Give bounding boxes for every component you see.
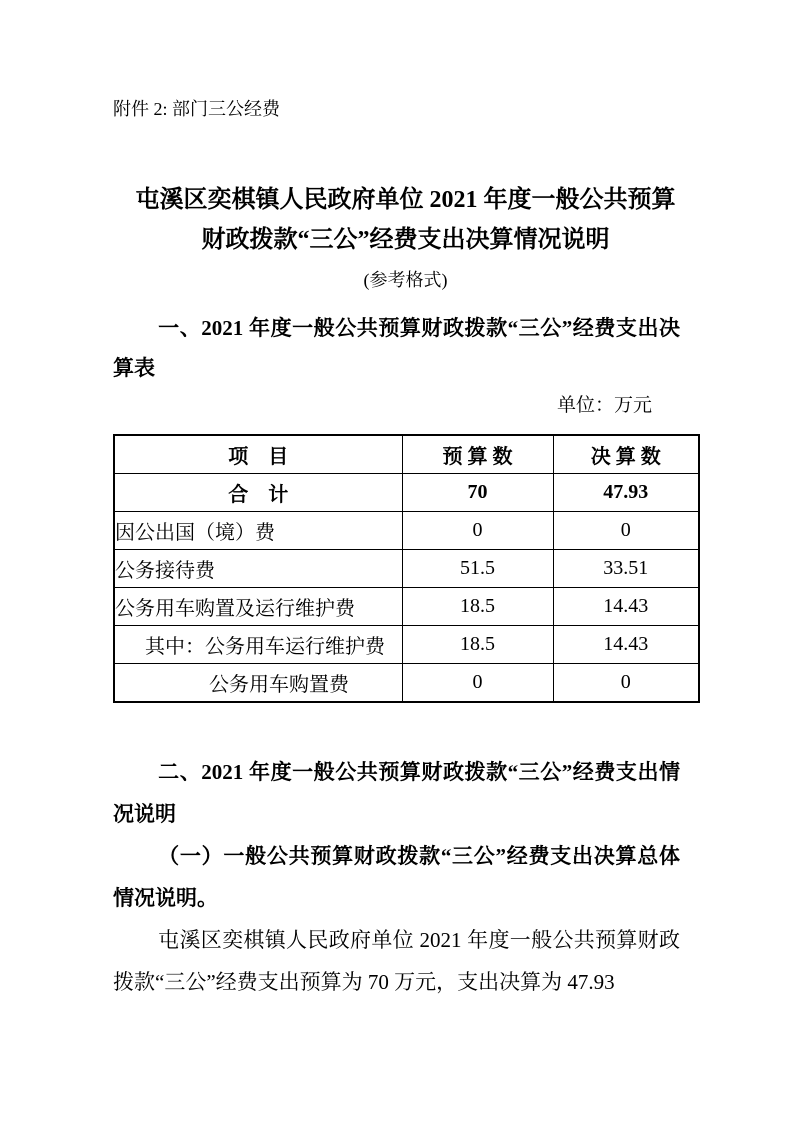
column-header-budget: 预 算 数 [402, 435, 553, 474]
budget-value: 18.5 [402, 626, 553, 664]
table-row-vehicle-purchase-fee: 公务用车购置费 0 0 [114, 664, 699, 703]
section-1-heading: 一、2021 年度一般公共预算财政拨款“三公”经费支出决算表 [113, 308, 680, 388]
table-row-abroad-fee: 因公出国（境）费 0 0 [114, 512, 699, 550]
title-line-1: 屯溪区奕棋镇人民政府单位 2021 年度一般公共预算 [113, 180, 698, 220]
budget-value: 0 [402, 664, 553, 703]
final-value: 14.43 [553, 626, 699, 664]
row-label: 公务用车购置费 [114, 664, 402, 703]
final-value: 0 [553, 664, 699, 703]
budget-value: 70 [402, 474, 553, 512]
final-value: 47.93 [553, 474, 699, 512]
final-value: 33.51 [553, 550, 699, 588]
final-value: 14.43 [553, 588, 699, 626]
format-note: (参考格式) [113, 268, 698, 292]
budget-value: 0 [402, 512, 553, 550]
unit-label: 单位：万元 [113, 392, 698, 420]
document-page: 附件 2: 部门三公经费 屯溪区奕棋镇人民政府单位 2021 年度一般公共预算 … [113, 0, 698, 1003]
table-row-total: 合 计 70 47.93 [114, 474, 699, 512]
final-value: 0 [553, 512, 699, 550]
row-label: 其中：公务用车运行维护费 [114, 626, 402, 664]
subsection-1-heading: （一）一般公共预算财政拨款“三公”经费支出决算总体情况说明。 [113, 835, 680, 919]
section-2-heading: 二、2021 年度一般公共预算财政拨款“三公”经费支出情况说明 [113, 751, 680, 835]
column-header-final: 决 算 数 [553, 435, 699, 474]
summary-paragraph: 屯溪区奕棋镇人民政府单位 2021 年度一般公共预算财政拨款“三公”经费支出预算… [113, 919, 680, 1003]
row-label: 合 计 [114, 474, 402, 512]
table-row-reception-fee: 公务接待费 51.5 33.51 [114, 550, 699, 588]
table-row-vehicle-operation-fee: 其中：公务用车运行维护费 18.5 14.43 [114, 626, 699, 664]
row-label: 因公出国（境）费 [114, 512, 402, 550]
column-header-item: 项 目 [114, 435, 402, 474]
table-row-vehicle-total-fee: 公务用车购置及运行维护费 18.5 14.43 [114, 588, 699, 626]
budget-value: 18.5 [402, 588, 553, 626]
three-public-expenses-table: 项 目 预 算 数 决 算 数 合 计 70 47.93 因公出国（境）费 0 … [113, 434, 700, 703]
title-line-2: 财政拨款“三公”经费支出决算情况说明 [113, 220, 698, 260]
document-title: 屯溪区奕棋镇人民政府单位 2021 年度一般公共预算 财政拨款“三公”经费支出决… [113, 180, 698, 260]
attachment-label: 附件 2: 部门三公经费 [113, 96, 698, 122]
row-label: 公务接待费 [114, 550, 402, 588]
table-header-row: 项 目 预 算 数 决 算 数 [114, 435, 699, 474]
budget-value: 51.5 [402, 550, 553, 588]
row-label: 公务用车购置及运行维护费 [114, 588, 402, 626]
